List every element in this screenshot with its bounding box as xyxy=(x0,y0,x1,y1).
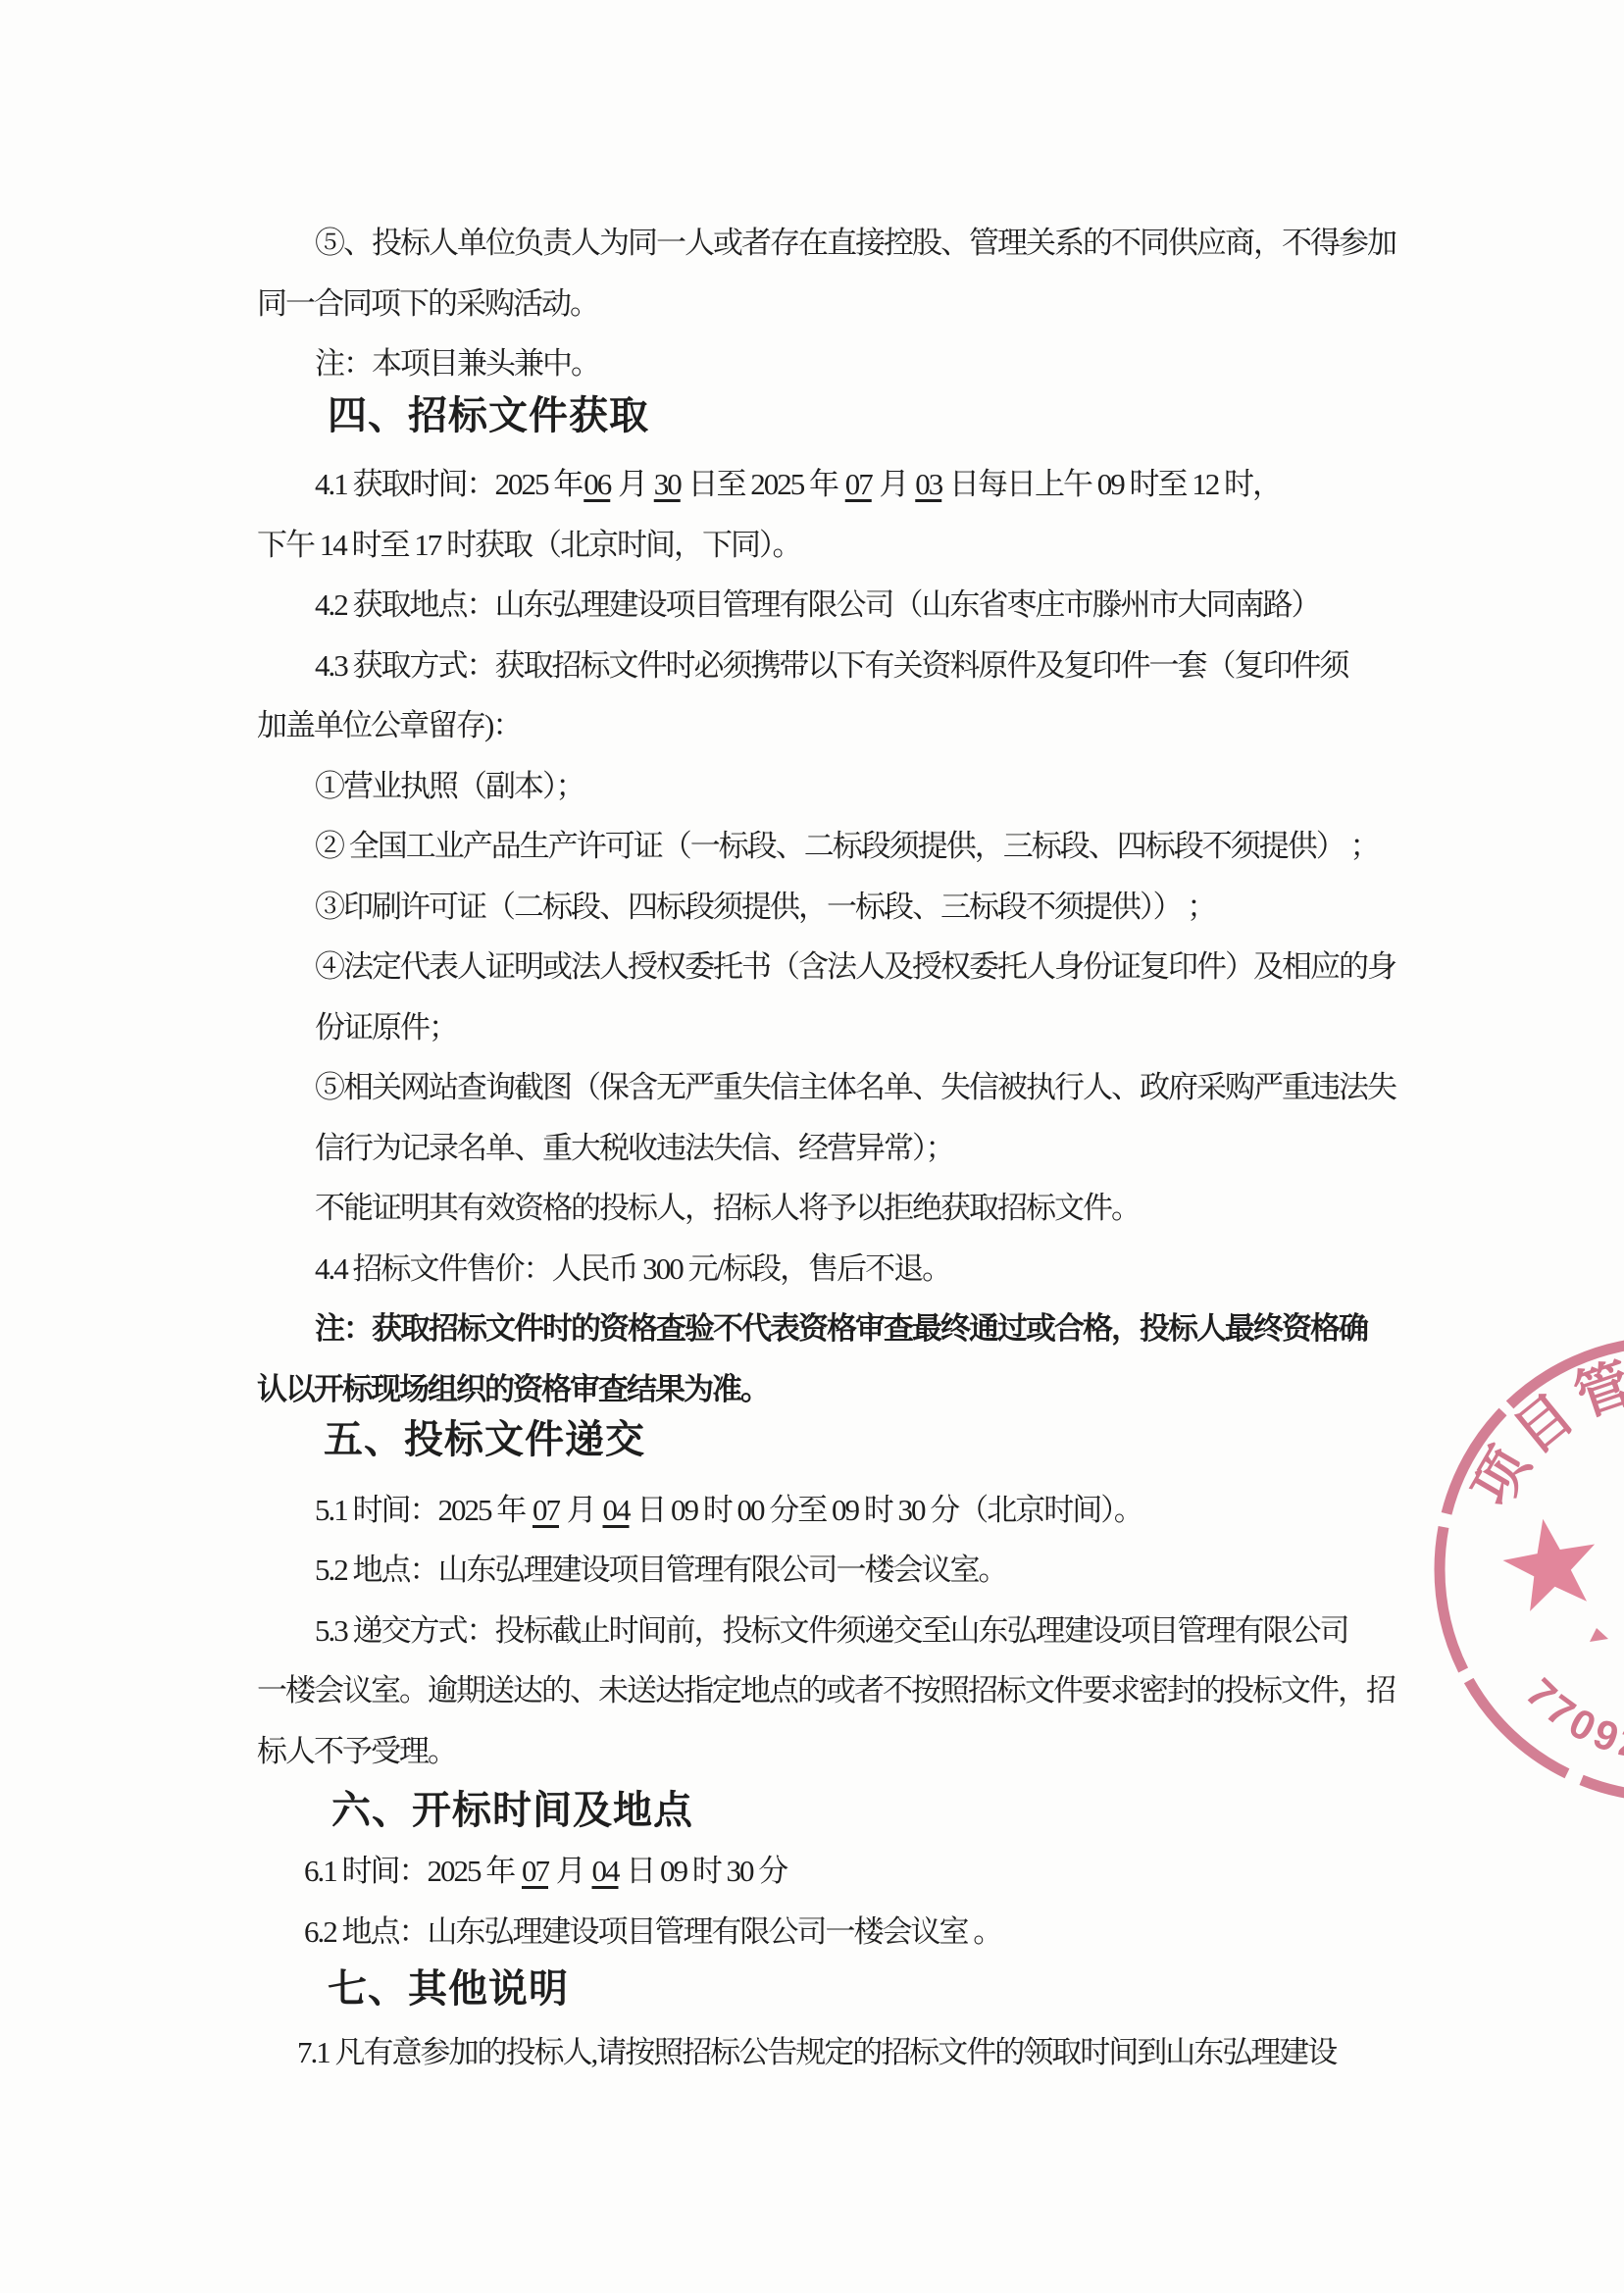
text-line: 不能证明其有效资格的投标人，招标人将予以拒绝获取招标文件。 xyxy=(315,1189,1140,1228)
red-seal-stamp: 项目管理 770928 xyxy=(1412,1314,1624,1824)
section-heading-7: 七、其他说明 xyxy=(328,1965,569,2013)
text-line: 5.1 时间：2025 年 07 月 04 日 09 时 00 分至 09 时 … xyxy=(315,1491,1142,1530)
section-heading-4: 四、招标文件获取 xyxy=(328,392,649,439)
text-line: 6.1 时间：2025 年 07 月 04 日 09 时 30 分 xyxy=(304,1852,787,1891)
ink-mark xyxy=(1590,1628,1608,1642)
text-line: 一楼会议室。逾期送达的、未送达指定地点的或者不按照招标文件要求密封的投标文件，招 xyxy=(257,1671,1395,1710)
text-line: 标人不予受理。 xyxy=(257,1732,456,1771)
note-line-bold: 注：获取招标文件时的资格查验不代表资格审查最终通过或合格，投标人最终资格确 xyxy=(315,1309,1367,1349)
text-line: 份证原件； xyxy=(315,1008,457,1047)
text-line: 7.1 凡有意参加的投标人,请按照招标公告规定的招标文件的领取时间到山东弘理建设 xyxy=(297,2033,1336,2072)
text-line: 5.3 递交方式：投标截止时间前，投标文件须递交至山东弘理建设项目管理有限公司 xyxy=(315,1611,1348,1651)
text-line: 5.2 地点：山东弘理建设项目管理有限公司一楼会议室。 xyxy=(315,1551,1007,1590)
text-line: ② 全国工业产品生产许可证（一标段、二标段须提供，三标段、四标段不须提供） ； xyxy=(315,827,1379,866)
document-page: ⑤、投标人单位负责人为同一人或者存在直接控股、管理关系的不同供应商，不得参加 同… xyxy=(0,0,1624,2293)
section-heading-6: 六、开标时间及地点 xyxy=(331,1787,693,1834)
text-line: ③印刷许可证（二标段、四标段须提供，一标段、三标段不须提供）） ； xyxy=(315,888,1215,927)
text-line: 4.2 获取地点：山东弘理建设项目管理有限公司（山东省枣庄市滕州市大同南路） xyxy=(315,586,1320,625)
text-line: 信行为记录名单、重大税收违法失信、经营异常）； xyxy=(315,1129,954,1168)
text-line: 下午 14 时至 17 时获取（北京时间，下同）。 xyxy=(257,526,801,565)
text-line: 4.4 招标文件售价：人民币 300 元/标段，售后不退。 xyxy=(315,1249,950,1289)
text-line: 加盖单位公章留存)： xyxy=(257,706,521,745)
text-line: 同一合同项下的采购活动。 xyxy=(257,284,598,324)
note-line-bold: 认以开标现场组织的资格审查结果为准。 xyxy=(257,1370,769,1409)
text-line: ①营业执照（副本）； xyxy=(315,767,584,806)
star-icon xyxy=(1503,1519,1596,1611)
text-line: 6.2 地点：山东弘理建设项目管理有限公司一楼会议室 。 xyxy=(304,1912,1001,1952)
text-line: 4.1 获取时间：2025 年06 月 30 日至 2025 年 07 月 03… xyxy=(315,465,1281,504)
text-line: 4.3 获取方式：获取招标文件时必须携带以下有关资料原件及复印件一套（复印件须 xyxy=(315,646,1348,686)
text-line: 注：本项目兼头兼中。 xyxy=(315,344,599,383)
text-line: ⑤相关网站查询截图（保含无严重失信主体名单、失信被执行人、政府采购严重违法失 xyxy=(315,1068,1396,1107)
section-heading-5: 五、投标文件递交 xyxy=(324,1416,645,1463)
text-line: ⑤、投标人单位负责人为同一人或者存在直接控股、管理关系的不同供应商，不得参加 xyxy=(315,224,1396,263)
text-line: ④法定代表人证明或法人授权委托书（含法人及授权委托人身份证复印件）及相应的身 xyxy=(315,947,1396,987)
